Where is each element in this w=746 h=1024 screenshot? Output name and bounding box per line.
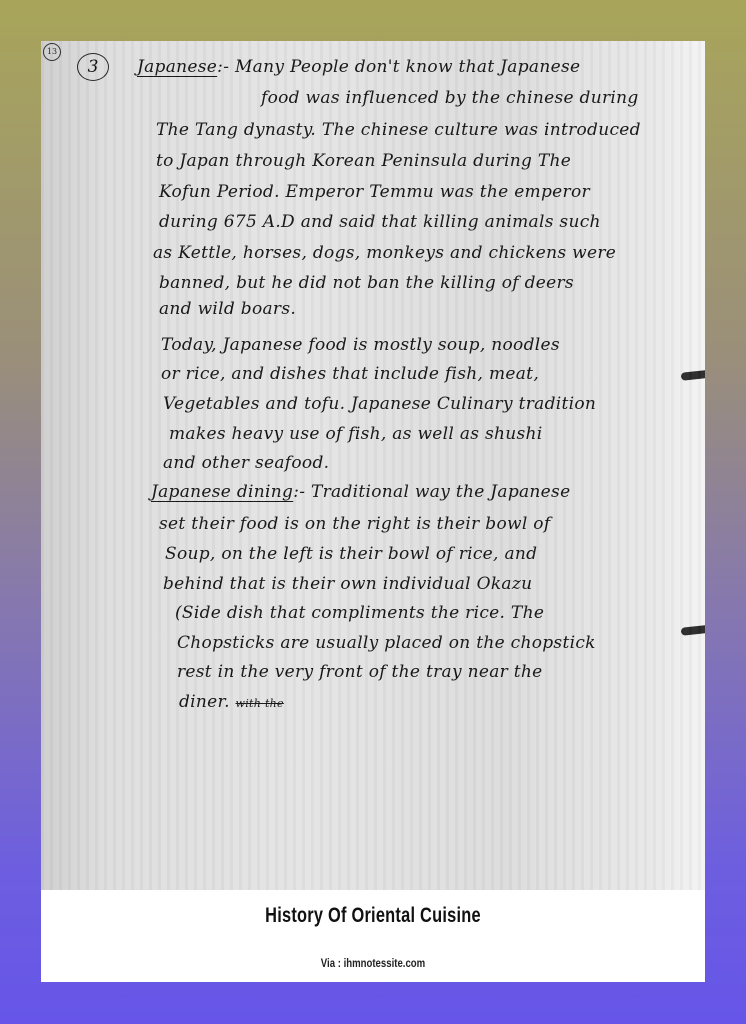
handwritten-line: Vegetables and tofu. Japanese Culinary t… bbox=[163, 394, 705, 414]
handwritten-line: Today, Japanese food is mostly soup, noo… bbox=[161, 335, 705, 355]
struck-through-text: with the bbox=[236, 697, 284, 710]
caption-panel: History Of Oriental Cuisine Via : ihmnot… bbox=[41, 890, 705, 982]
handwritten-line: The Tang dynasty. The chinese culture wa… bbox=[156, 120, 705, 140]
handwritten-line: Japanese:- Many People don't know that J… bbox=[137, 57, 705, 77]
handwritten-line: makes heavy use of fish, as well as shus… bbox=[169, 424, 705, 444]
handwritten-notebook-page: 13 3 Japanese:- Many People don't know t… bbox=[41, 41, 705, 890]
handwritten-line: and wild boars. bbox=[159, 299, 705, 319]
page-number: 13 bbox=[43, 43, 61, 61]
handwritten-line: Chopsticks are usually placed on the cho… bbox=[177, 633, 705, 653]
handwritten-line: or rice, and dishes that include fish, m… bbox=[161, 364, 705, 384]
caption-title: History Of Oriental Cuisine bbox=[114, 904, 632, 928]
handwritten-line: banned, but he did not ban the killing o… bbox=[159, 273, 705, 293]
section-heading: Japanese bbox=[137, 57, 217, 77]
handwritten-line: as Kettle, horses, dogs, monkeys and chi… bbox=[153, 243, 705, 263]
handwritten-line: diner. with the bbox=[179, 692, 705, 712]
handwritten-line: rest in the very front of the tray near … bbox=[177, 662, 705, 682]
handwritten-line: during 675 A.D and said that killing ani… bbox=[159, 212, 705, 232]
handwritten-line: Japanese dining:- Traditional way the Ja… bbox=[151, 482, 705, 502]
handwritten-line: Kofun Period. Emperor Temmu was the empe… bbox=[159, 182, 705, 202]
handwritten-line: set their food is on the right is their … bbox=[159, 514, 705, 534]
handwritten-line: (Side dish that compliments the rice. Th… bbox=[175, 603, 705, 623]
handwritten-line: and other seafood. bbox=[163, 453, 705, 473]
handwritten-line: food was influenced by the chinese durin… bbox=[261, 88, 705, 108]
section-number: 3 bbox=[77, 53, 109, 81]
caption-source: Via : ihmnotessite.com bbox=[107, 956, 638, 970]
handwritten-line: to Japan through Korean Peninsula during… bbox=[156, 151, 705, 171]
handwritten-line: behind that is their own individual Okaz… bbox=[163, 574, 705, 594]
handwritten-line: Soup, on the left is their bowl of rice,… bbox=[165, 544, 705, 564]
section-heading: Japanese dining bbox=[151, 482, 293, 502]
